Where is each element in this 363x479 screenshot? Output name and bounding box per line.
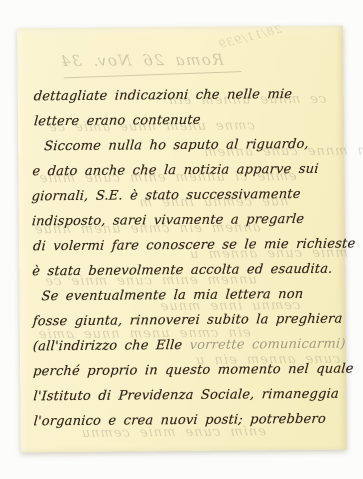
letter-line: indisposto, sarei vivamente a pregarle [31,212,304,229]
letter-line: Siccome nulla ho saputo al riguardo, [44,137,310,154]
letter-line: perché proprio in questo momento nel qua… [33,362,355,380]
letter-line: l'organico e crea nuovi posti; potrebber… [33,412,326,430]
letter-line: dettagliate indicazioni che nelle mie [33,87,293,104]
letter-photo: Roma 26 Nov. 34 28/11/939 ce mnue unnem … [0,0,363,479]
letter-line: (all'indirizzo che Elle vorrette comunic… [32,337,346,355]
letter-body: dettagliate indicazioni che nelle mie le… [17,26,343,29]
letter-line: lettere erano contenute [33,113,201,129]
letter-sheet: Roma 26 Nov. 34 28/11/939 ce mnue unnem … [17,26,347,453]
letter-line-segment-dark: (all'indirizzo che Elle [32,338,190,354]
letter-line: di volermi fare conoscere se le mie rich… [32,236,355,254]
letter-line: giornali, S.E. è stato successivamente [31,187,301,204]
letter-line: è stata benevolmente accolta ed esaudita… [32,262,333,280]
letter-line-segment-faded: vorrette comunicarmi) [189,337,346,353]
letter-line: Se eventualmente la mia lettera non [41,287,304,304]
letter-line: fosse giunta, rinnoverei subito la pregh… [32,312,343,330]
bleedthrough-dateline-underline [64,71,242,78]
bleedthrough-corner-note: 28/11/939 [217,22,284,51]
bleedthrough-dateline: Roma 26 Nov. 34 [58,51,224,70]
letter-line: l'Istituto di Previdenza Sociale, rimane… [33,387,340,405]
bleedthrough-layer: Roma 26 Nov. 34 28/11/939 ce mnue unnem … [17,26,343,29]
letter-line: e dato anche che la notizia apparve sui [32,162,319,180]
